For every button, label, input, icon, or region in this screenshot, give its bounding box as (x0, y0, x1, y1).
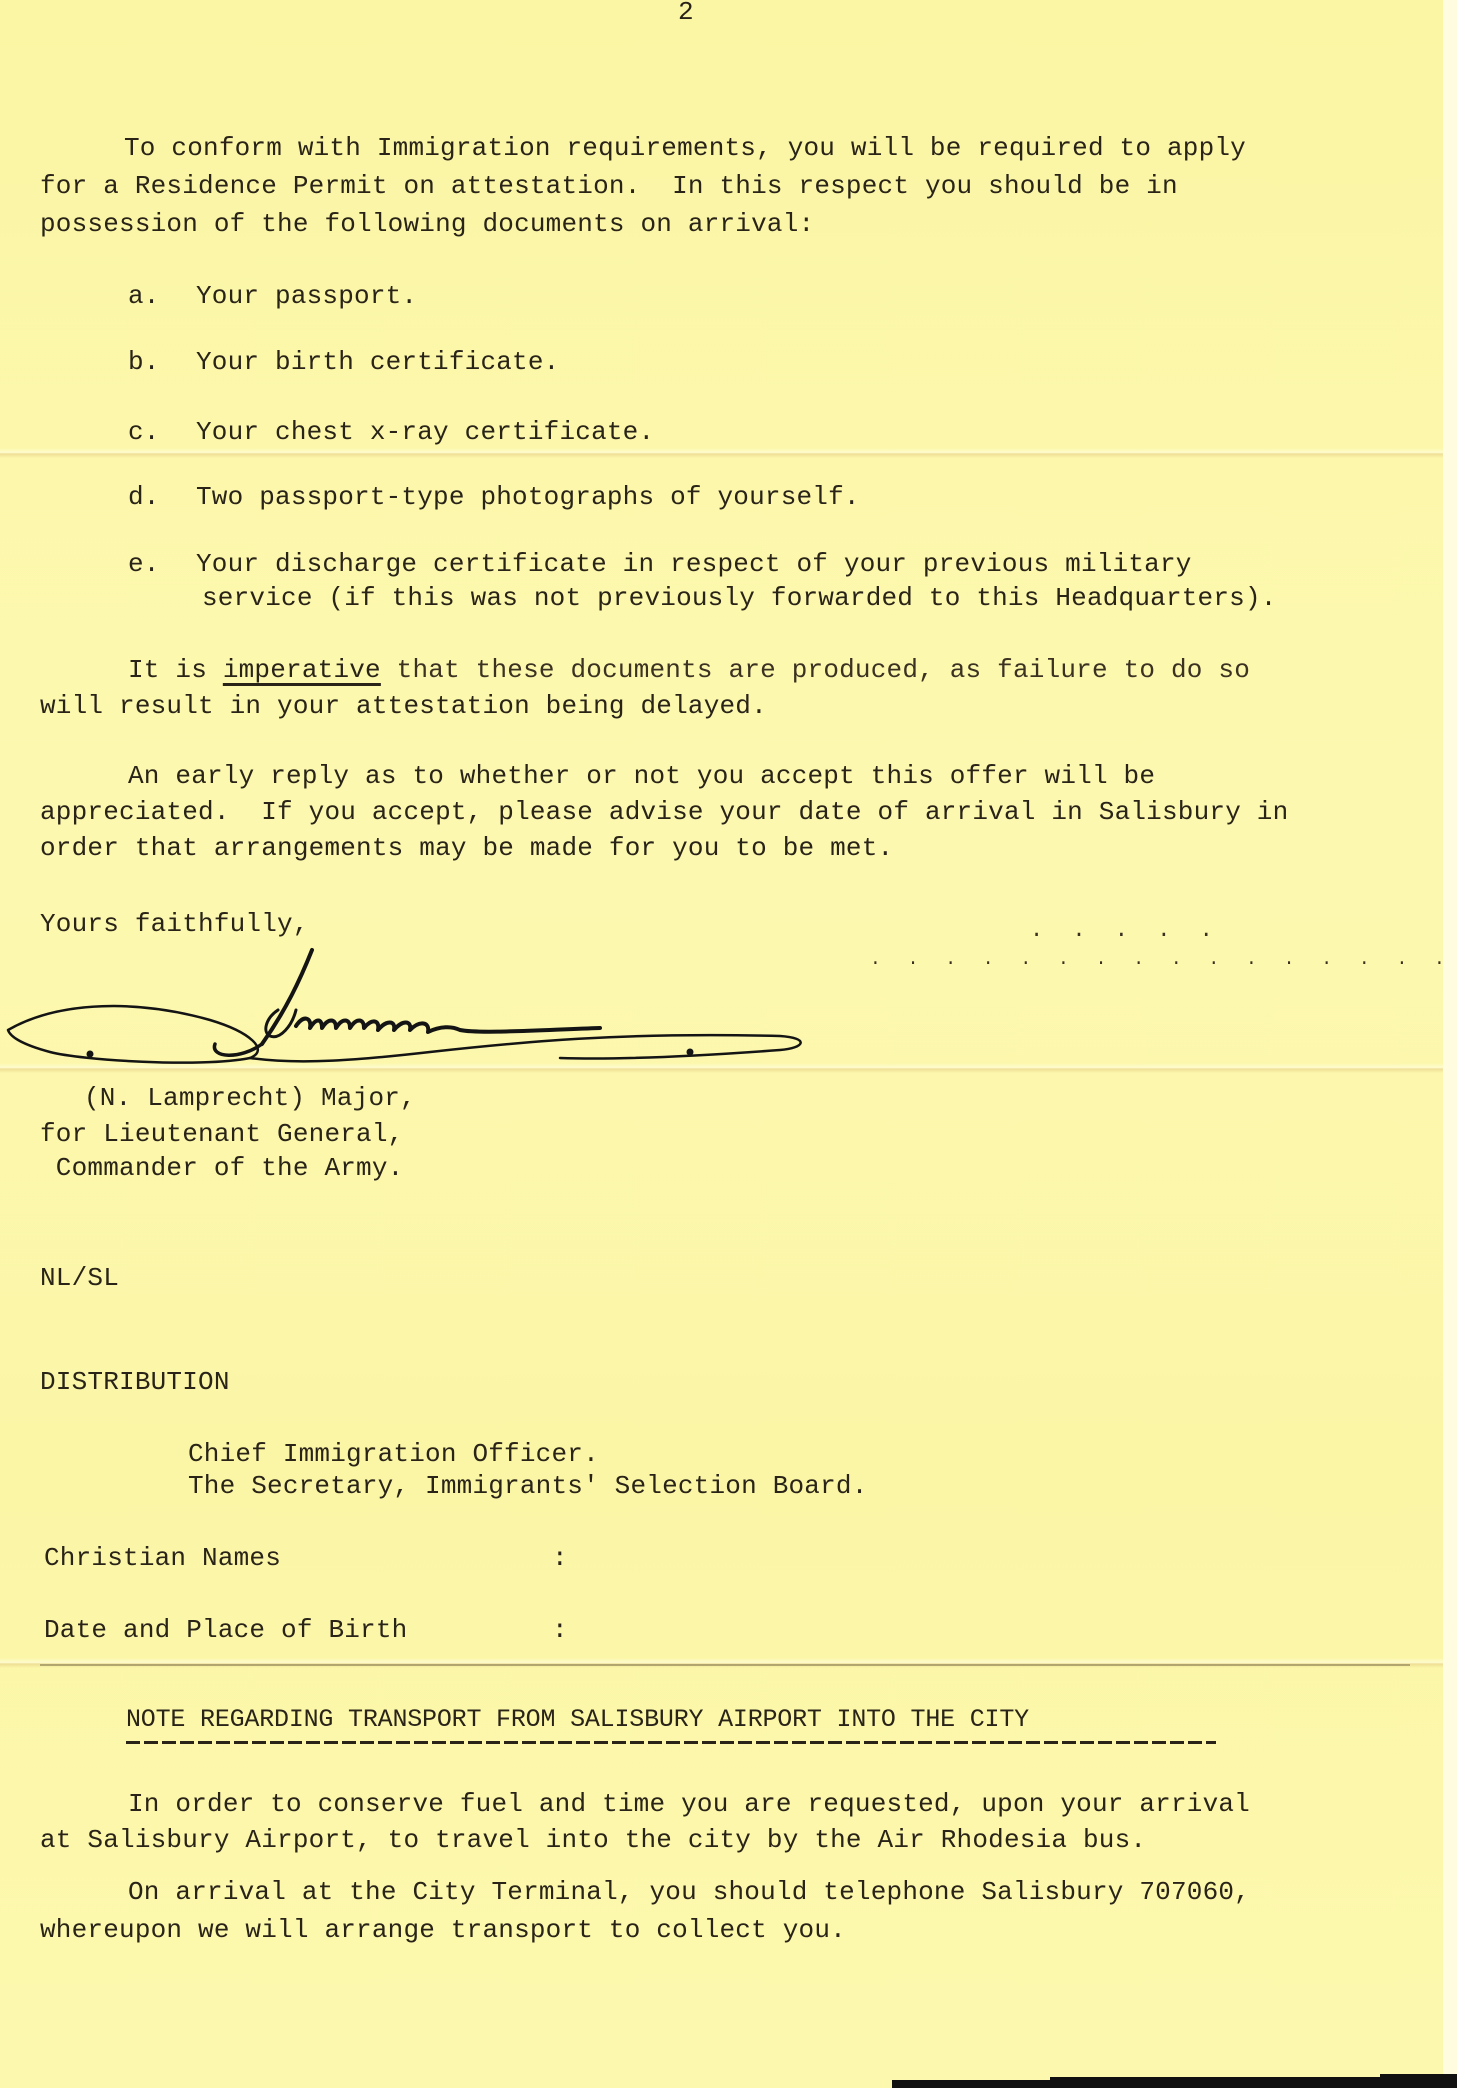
signatory-name-rank: (N. Lamprecht) Major, (84, 1080, 416, 1116)
emphasis-imperative: imperative (223, 655, 381, 685)
list-item-xray-certificate: Your chest x-ray certificate. (196, 414, 654, 450)
signatory-for-line: for Lieutenant General, (40, 1116, 403, 1152)
signature-icon (0, 940, 820, 1090)
intro-line-2: for a Residence Permit on attestation. I… (40, 168, 1178, 204)
list-item-discharge-certificate: Your discharge certificate in respect of… (196, 546, 1192, 582)
list-item-letter: b. (128, 344, 160, 380)
list-item-letter: e. (128, 546, 160, 582)
distribution-recipient: The Secretary, Immigrants' Selection Boa… (188, 1468, 868, 1504)
distribution-heading: DISTRIBUTION (40, 1364, 230, 1400)
paper-crease (0, 1658, 1443, 1668)
field-label-date-place-of-birth: Date and Place of Birth (44, 1612, 407, 1648)
signatory-title: Commander of the Army. (40, 1150, 403, 1186)
reply-line-2: appreciated. If you accept, please advis… (40, 794, 1288, 830)
field-separator: : (552, 1540, 568, 1576)
scan-edge (1443, 0, 1457, 2088)
reply-line-3: order that arrangements may be made for … (40, 830, 893, 866)
list-item-passport: Your passport. (196, 278, 417, 314)
field-separator: : (552, 1612, 568, 1648)
scan-edge (1380, 2074, 1457, 2088)
heading-underline (126, 1741, 1216, 1744)
typed-dots: . . . . . . . . . . . . . . . . (870, 950, 1453, 970)
imperative-line-2: will result in your attestation being de… (40, 688, 767, 724)
reference-initials: NL/SL (40, 1260, 119, 1296)
transport-paragraph-1-line-2: at Salisbury Airport, to travel into the… (40, 1822, 1146, 1858)
list-item-birth-certificate: Your birth certificate. (196, 344, 559, 380)
page-number: 2 (678, 0, 694, 30)
list-item-photographs: Two passport-type photographs of yoursel… (196, 479, 860, 515)
salutation: Yours faithfully, (40, 906, 309, 942)
distribution-recipient: Chief Immigration Officer. (188, 1436, 599, 1472)
intro-line-3: possession of the following documents on… (40, 206, 814, 242)
list-item-discharge-certificate-cont: service (if this was not previously forw… (202, 580, 1277, 616)
imperative-line-1: It is imperative that these documents ar… (128, 652, 1250, 688)
transport-paragraph-2-line-1: On arrival at the City Terminal, you sho… (128, 1874, 1250, 1910)
list-item-letter: d. (128, 479, 160, 515)
list-item-letter: c. (128, 414, 160, 450)
list-item-letter: a. (128, 278, 160, 314)
typed-dots: . . . . . (1030, 918, 1221, 943)
reply-line-1: An early reply as to whether or not you … (128, 758, 1155, 794)
transport-paragraph-1-line-1: In order to conserve fuel and time you a… (128, 1786, 1250, 1822)
transport-note-heading: NOTE REGARDING TRANSPORT FROM SALISBURY … (126, 1702, 1029, 1738)
field-label-christian-names: Christian Names (44, 1540, 281, 1576)
intro-line-1: To conform with Immigration requirements… (124, 130, 1246, 166)
tear-line (40, 1664, 1410, 1666)
transport-paragraph-2-line-2: whereupon we will arrange transport to c… (40, 1912, 846, 1948)
